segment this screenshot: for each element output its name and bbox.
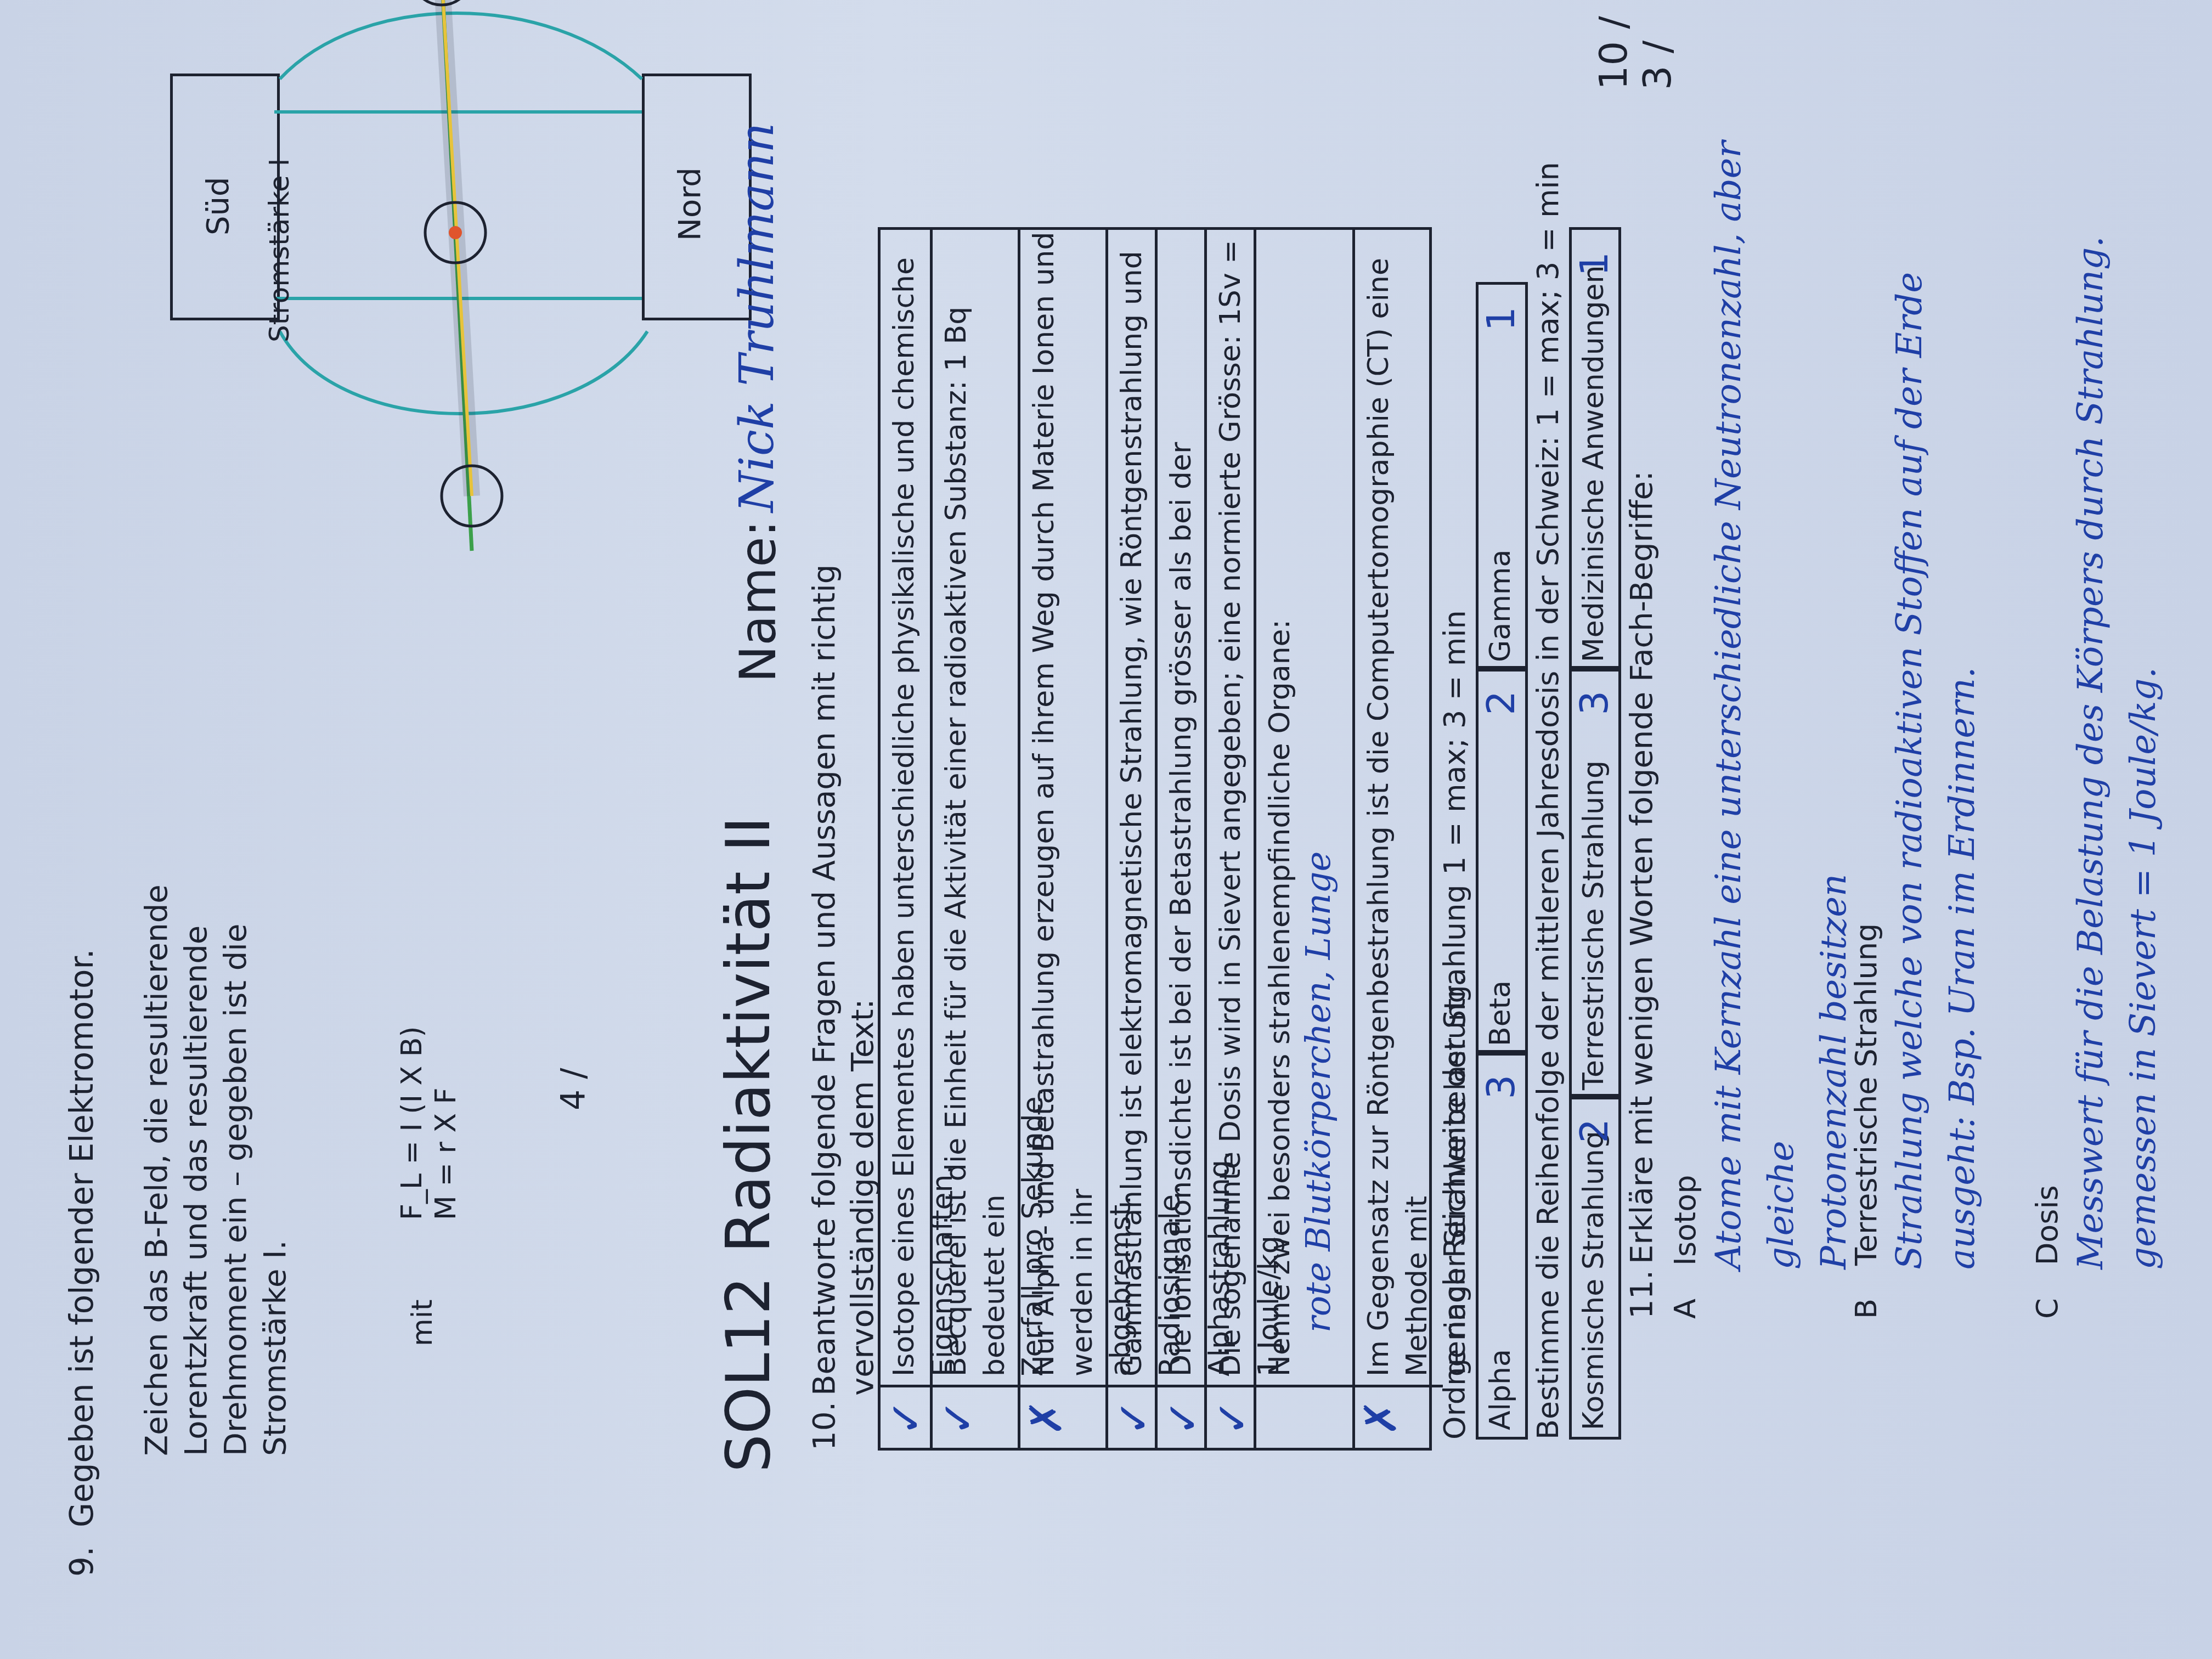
field-lines xyxy=(55,57,741,880)
q9-line: Lorentzkraft und das resultierende xyxy=(177,884,216,1456)
ranking-cell: Medizinische Anwendungen1 xyxy=(1569,227,1621,672)
current-label: Stromstärke I xyxy=(263,158,295,342)
q9-instructions: Zeichen das B-Feld, die resultierende Lo… xyxy=(137,884,295,1456)
range-task: Ordne nach Reichweite der Strahlung 1 = … xyxy=(1437,610,1472,1440)
q9-line: Drehmoment ein – gegeben ist die xyxy=(216,884,256,1456)
answer-mark[interactable] xyxy=(1256,1385,1355,1448)
statements-table: ✓Isotope eines Elementes haben unterschi… xyxy=(878,227,1432,1451)
name-label: Name: xyxy=(730,520,787,682)
ranking-answer: 3 xyxy=(1572,691,1617,715)
ranking-cell: Kosmische Strahlung2 xyxy=(1569,1094,1621,1440)
q9-title: Gegeben ist folgender Elektromotor. xyxy=(63,949,100,1527)
statement-row: ✗Nur Alpha- und Betastrahlung erzeugen a… xyxy=(1018,230,1108,1448)
q10-intro-2: vervollständige dem Text: xyxy=(845,999,881,1396)
answer-mark[interactable]: ✗ xyxy=(1020,1385,1108,1448)
q9-line: Stromstärke I. xyxy=(256,884,295,1456)
answer-mark[interactable]: ✓ xyxy=(1158,1385,1207,1448)
answer-mark[interactable]: ✓ xyxy=(1108,1385,1158,1448)
q9-number: 9. xyxy=(63,1547,100,1577)
statement-row: ✗Im Gegensatz zur Röntgenbestrahlung ist… xyxy=(1352,230,1443,1448)
ranking-cell: Gamma1 xyxy=(1476,282,1528,672)
dose-task: Bestimme die Reihenfolge der mittleren J… xyxy=(1531,162,1565,1440)
statement-row: ✓Gammastrahlung ist elektromagnetische S… xyxy=(1105,230,1158,1448)
q9-score: 4 / xyxy=(554,1068,592,1110)
statement-text: Nenne zwei besonders strahlenempfindlich… xyxy=(1261,619,1338,1376)
term-block: BTerrestrische StrahlungStrahlung welche… xyxy=(1849,57,1989,1319)
range-row: Alpha3Beta2Gamma1 xyxy=(1476,287,1525,1440)
ranking-answer: 1 xyxy=(1479,307,1523,331)
formulas: F_L = I (I X B) M = r X F xyxy=(395,1026,463,1220)
q10-number: 10. xyxy=(806,1402,842,1451)
ranking-answer: 2 xyxy=(1479,691,1523,715)
q11-title: Erkläre mit wenigen Worten folgende Fach… xyxy=(1624,471,1660,1264)
q9-line: Zeichen das B-Feld, die resultierende xyxy=(137,884,177,1456)
answer-mark[interactable]: ✗ xyxy=(1355,1385,1443,1448)
q11-number: 11. xyxy=(1624,1270,1660,1319)
q10-score: 10 / xyxy=(1591,16,1636,90)
q10-intro: Beantworte folgende Fragen und Aussagen … xyxy=(806,565,842,1396)
statement-row: ✓Die sogenannte Dosis wird in Sievert an… xyxy=(1204,230,1256,1448)
exam-sheet: 9. Gegeben ist folgender Elektromotor. Z… xyxy=(0,0,2212,1659)
ranking-cell: Beta2 xyxy=(1476,666,1528,1056)
student-name: Nick Truhlmann xyxy=(730,122,785,512)
statement-row: Nenne zwei besonders strahlenempfindlich… xyxy=(1254,230,1355,1448)
formula-torque: M = r X F xyxy=(429,1026,463,1220)
answer-mark[interactable]: ✓ xyxy=(933,1385,1020,1448)
ranking-answer: 3 xyxy=(1479,1075,1523,1099)
course-code: SOL12 xyxy=(713,1276,783,1472)
term-block: AIsotopAtome mit Kernzahl eine unterschi… xyxy=(1668,57,1860,1319)
page-title: Radiaktivität II xyxy=(713,816,783,1253)
statement-row: ✓Die Ionisationsdichte ist bei der Betas… xyxy=(1155,230,1207,1448)
dose-row: Kosmische Strahlung2Terrestrische Strahl… xyxy=(1569,178,1618,1440)
ranking-answer: 2 xyxy=(1572,1119,1617,1143)
motor-diagram: Süd Nord Stromstärke I xyxy=(55,57,741,880)
answer-mark[interactable]: ✓ xyxy=(1207,1385,1256,1448)
ranking-cell: Terrestrische Strahlung3 xyxy=(1569,666,1621,1099)
answer-mark[interactable]: ✓ xyxy=(881,1385,930,1448)
ranking-cell: Alpha3 xyxy=(1476,1050,1528,1440)
statement-row: ✓Becquerel ist die Einheit für die Aktiv… xyxy=(930,230,1020,1448)
term-block: CDosisMesswert für die Belastung des Kör… xyxy=(2030,57,2170,1319)
statement-row: ✓Isotope eines Elementes haben unterschi… xyxy=(881,230,930,1448)
formula-label: mit xyxy=(406,1300,439,1347)
ranking-answer: 1 xyxy=(1572,252,1617,276)
formula-lorentz: F_L = I (I X B) xyxy=(395,1026,429,1220)
